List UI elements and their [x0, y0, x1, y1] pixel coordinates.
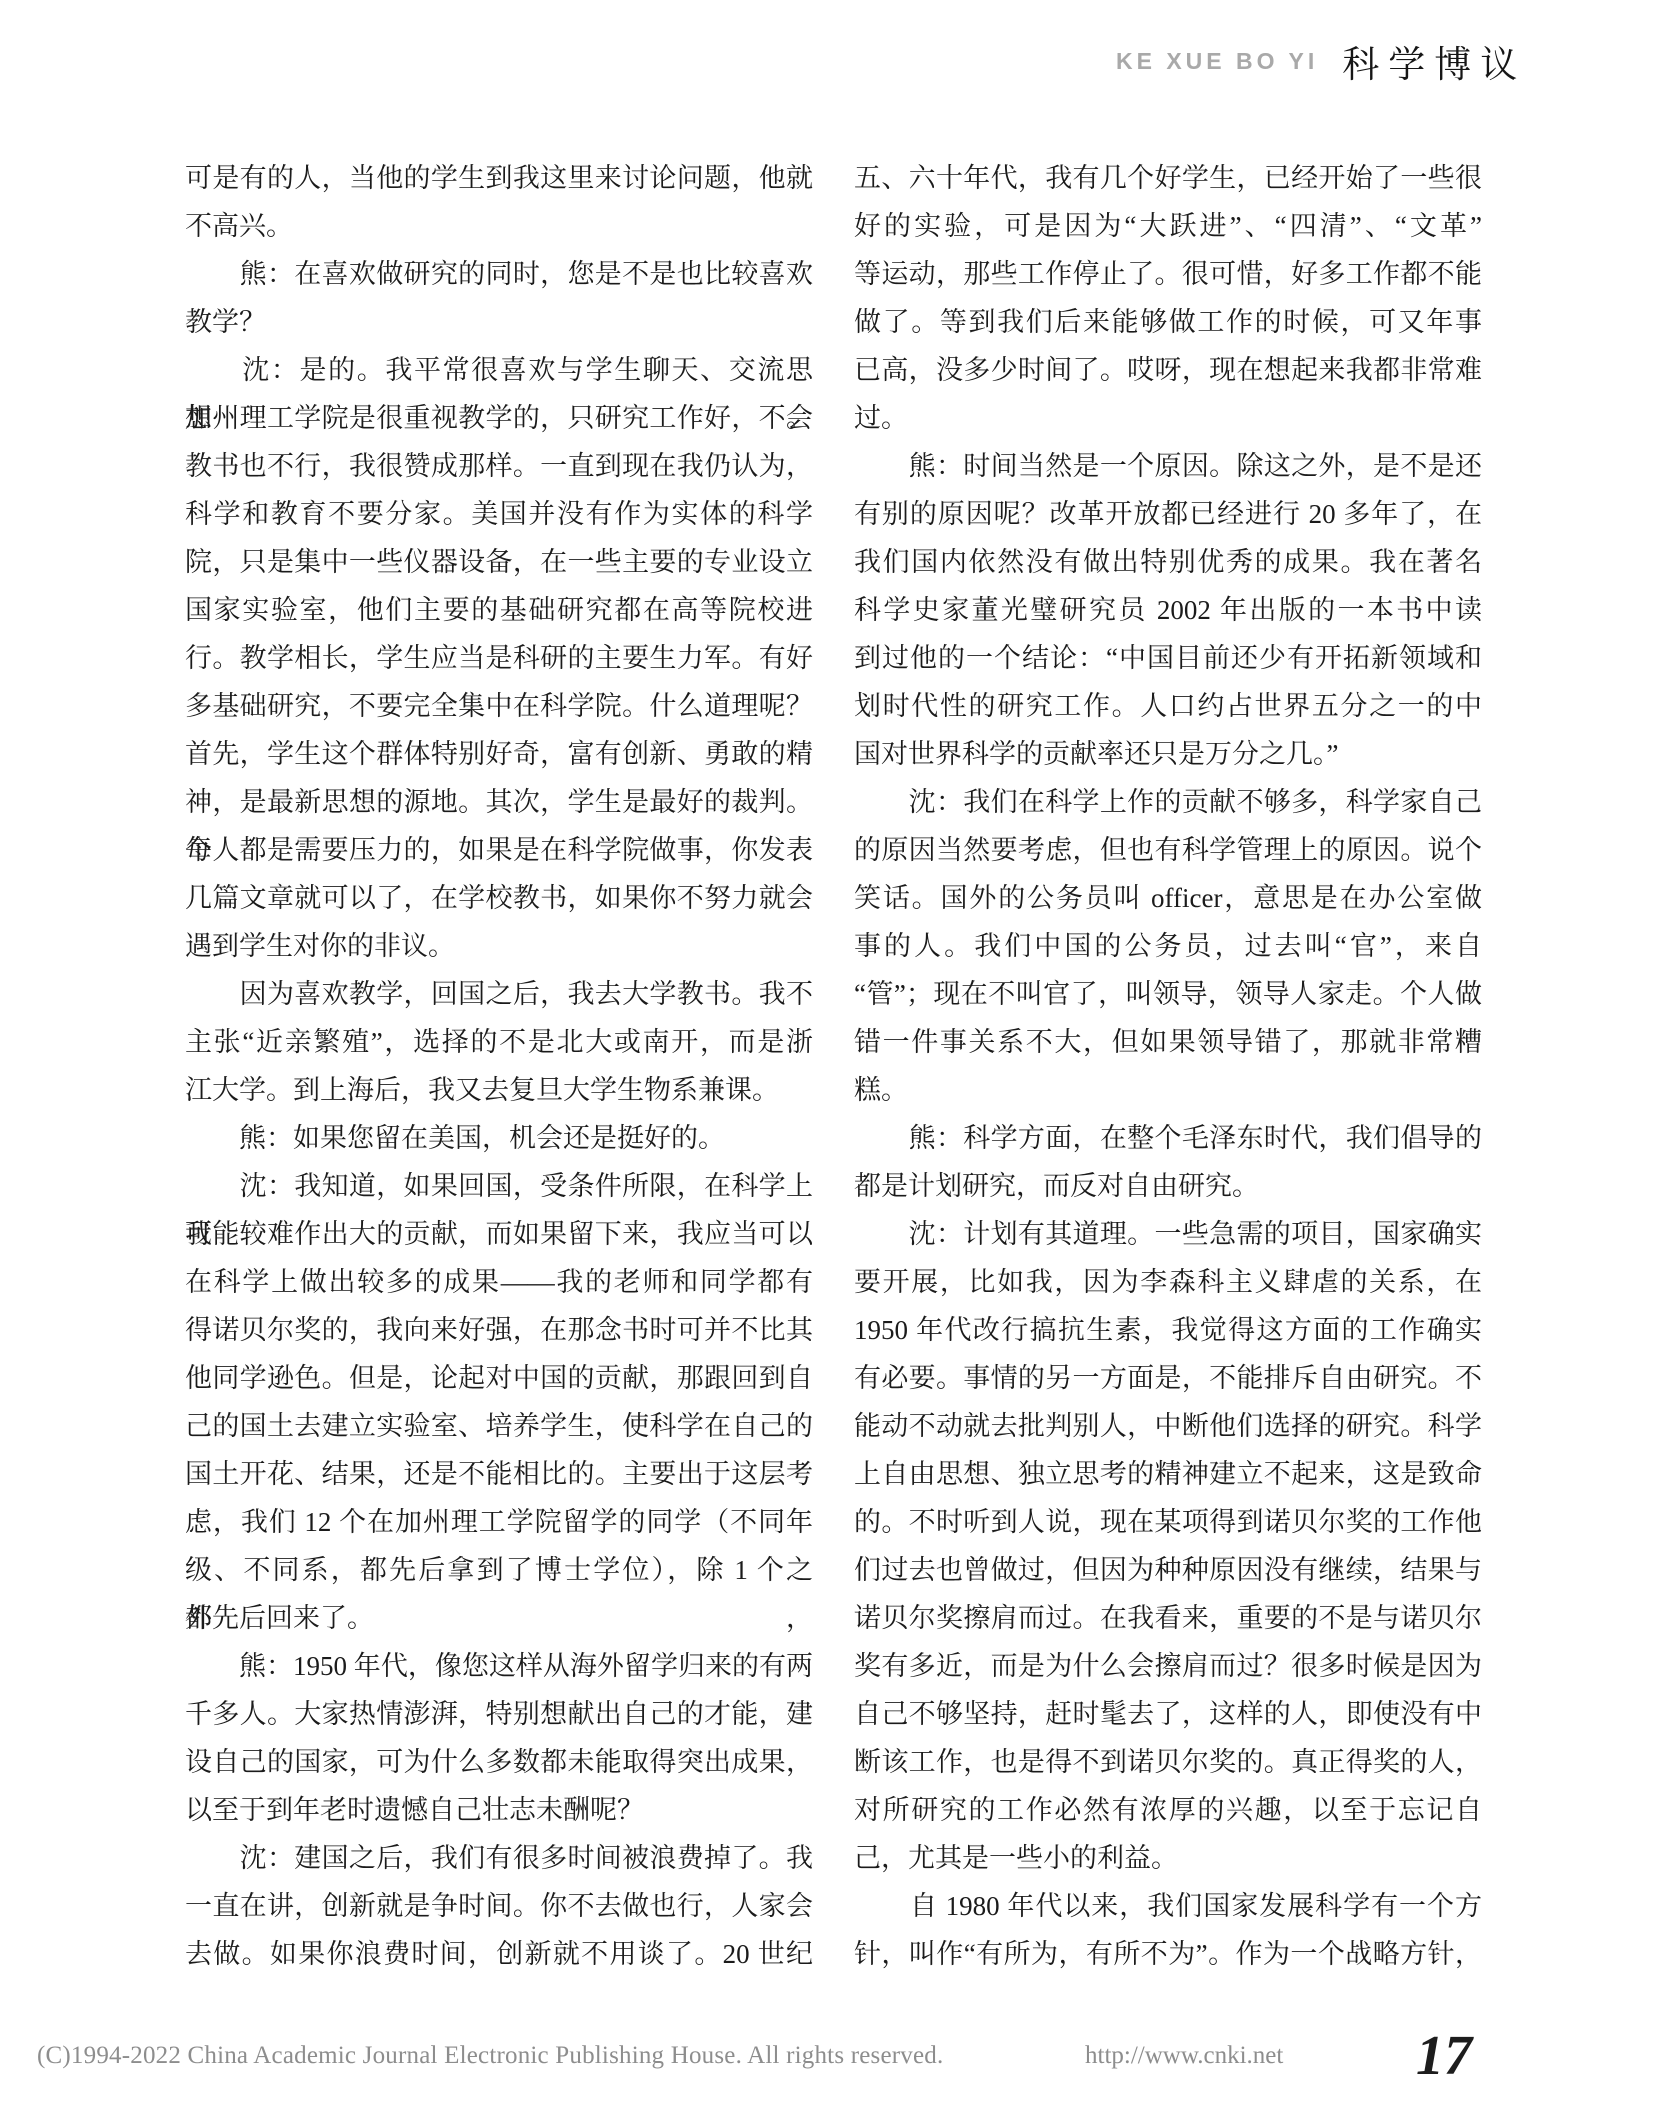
text-line: 多基础研究，不要完全集中在科学院。什么道理呢？ — [185, 682, 813, 730]
text-line: 江大学。到上海后，我又去复旦大学生物系兼课。 — [185, 1066, 813, 1114]
text-column-left: 可是有的人，当他的学生到我这里来讨论问题，他就不高兴。 熊：在喜欢做研究的同时，… — [185, 154, 813, 1978]
text-line: 熊：时间当然是一个原因。除这之外，是不是还 — [854, 442, 1482, 490]
text-line: 的。不时听到人说，现在某项得到诺贝尔奖的工作他 — [854, 1498, 1482, 1546]
text-line: 有必要。事情的另一方面是，不能排斥自由研究。不 — [854, 1354, 1482, 1402]
text-line: 沈：建国之后，我们有很多时间被浪费掉了。我 — [185, 1834, 813, 1882]
text-line: 针，叫作“有所为，有所不为”。作为一个战略方针， — [854, 1930, 1482, 1978]
text-line: 我们国内依然没有做出特别优秀的成果。我在著名 — [854, 538, 1482, 586]
text-line: 五、六十年代，我有几个好学生，已经开始了一些很 — [854, 154, 1482, 202]
text-line: 主张“近亲繁殖”，选择的不是北大或南开，而是浙 — [185, 1018, 813, 1066]
text-line: 他同学逊色。但是，论起对中国的贡献，那跟回到自 — [185, 1354, 813, 1402]
text-line: 神，是最新思想的源地。其次，学生是最好的裁判。每 — [185, 778, 813, 826]
text-line: 能动不动就去批判别人，中断他们选择的研究。科学 — [854, 1402, 1482, 1450]
text-line: 过。 — [854, 394, 1482, 442]
text-line: 因为喜欢教学，回国之后，我去大学教书。我不 — [185, 970, 813, 1018]
text-line: 熊：在喜欢做研究的同时，您是不是也比较喜欢 — [185, 250, 813, 298]
text-line: 可能较难作出大的贡献，而如果留下来，我应当可以 — [185, 1210, 813, 1258]
text-line: 以至于到年老时遗憾自己壮志未酬呢？ — [185, 1786, 813, 1834]
text-line: 做了。等到我们后来能够做工作的时候，可又年事 — [854, 298, 1482, 346]
journal-section-title: 科学博议 — [1342, 34, 1526, 88]
text-line: 断该工作，也是得不到诺贝尔奖的。真正得奖的人， — [854, 1738, 1482, 1786]
text-line: 个人都是需要压力的，如果是在科学院做事，你发表 — [185, 826, 813, 874]
text-line: 遇到学生对你的非议。 — [185, 922, 813, 970]
text-line: 沈：是的。我平常很喜欢与学生聊天、交流思想。 — [185, 346, 813, 394]
text-line: 一直在讲，创新就是争时间。你不去做也行，人家会 — [185, 1882, 813, 1930]
cnki-url: http://www.cnki.net — [1085, 2042, 1283, 2070]
copyright-notice: (C)1994-2022 China Academic Journal Elec… — [37, 2042, 943, 2070]
text-line: 国家实验室，他们主要的基础研究都在高等院校进 — [185, 586, 813, 634]
text-line: 去做。如果你浪费时间，创新就不用谈了。20 世纪 — [185, 1930, 813, 1978]
text-line: 沈：我们在科学上作的贡献不够多，科学家自己 — [854, 778, 1482, 826]
text-line: 已高，没多少时间了。哎呀，现在想起来我都非常难 — [854, 346, 1482, 394]
page-number: 17 — [1416, 2024, 1472, 2088]
text-line: 的原因当然要考虑，但也有科学管理上的原因。说个 — [854, 826, 1482, 874]
text-line: 教学？ — [185, 298, 813, 346]
text-line: 事的人。我们中国的公务员，过去叫“官”，来自 — [854, 922, 1482, 970]
text-line: 科学和教育不要分家。美国并没有作为实体的科学 — [185, 490, 813, 538]
text-line: 熊：1950 年代，像您这样从海外留学归来的有两 — [185, 1642, 813, 1690]
text-line: 到过他的一个结论：“中国目前还少有开拓新领域和 — [854, 634, 1482, 682]
text-line: 虑，我们 12 个在加州理工学院留学的同学（不同年 — [185, 1498, 813, 1546]
text-column-right: 五、六十年代，我有几个好学生，已经开始了一些很好的实验，可是因为“大跃进”、“四… — [854, 154, 1482, 1978]
text-line: 错一件事关系不大，但如果领导错了，那就非常糟 — [854, 1018, 1482, 1066]
text-line: 教书也不行，我很赞成那样。一直到现在我仍认为， — [185, 442, 813, 490]
text-line: 国土开花、结果，还是不能相比的。主要出于这层考 — [185, 1450, 813, 1498]
text-line: 科学史家董光璧研究员 2002 年出版的一本书中读 — [854, 586, 1482, 634]
text-line: 沈：我知道，如果回国，受条件所限，在科学上我 — [185, 1162, 813, 1210]
journal-page: KE XUE BO YI 科学博议 可是有的人，当他的学生到我这里来讨论问题，他… — [0, 0, 1654, 2126]
text-line: 加州理工学院是很重视教学的，只研究工作好，不会 — [185, 394, 813, 442]
text-line: 在科学上做出较多的成果——我的老师和同学都有 — [185, 1258, 813, 1306]
text-line: “管”；现在不叫官了，叫领导，领导人家走。个人做 — [854, 970, 1482, 1018]
text-line: 院，只是集中一些仪器设备，在一些主要的专业设立 — [185, 538, 813, 586]
text-line: 熊：科学方面，在整个毛泽东时代，我们倡导的 — [854, 1114, 1482, 1162]
text-line: 级、不同系，都先后拿到了博士学位），除 1 个之外， — [185, 1546, 813, 1594]
text-line: 上自由思想、独立思考的精神建立不起来，这是致命 — [854, 1450, 1482, 1498]
text-line: 自己不够坚持，赶时髦去了，这样的人，即使没有中 — [854, 1690, 1482, 1738]
text-line: 国对世界科学的贡献率还只是万分之几。” — [854, 730, 1482, 778]
text-line: 得诺贝尔奖的，我向来好强，在那念书时可并不比其 — [185, 1306, 813, 1354]
text-line: 好的实验，可是因为“大跃进”、“四清”、“文革” — [854, 202, 1482, 250]
text-line: 有别的原因呢？改革开放都已经进行 20 多年了，在 — [854, 490, 1482, 538]
text-line: 己，尤其是一些小的利益。 — [854, 1834, 1482, 1882]
text-line: 1950 年代改行搞抗生素，我觉得这方面的工作确实 — [854, 1306, 1482, 1354]
journal-pinyin-label: KE XUE BO YI — [1116, 48, 1318, 75]
text-line: 熊：如果您留在美国，机会还是挺好的。 — [185, 1114, 813, 1162]
text-line: 要开展，比如我，因为李森科主义肆虐的关系，在 — [854, 1258, 1482, 1306]
text-line: 千多人。大家热情澎湃，特别想献出自己的才能，建 — [185, 1690, 813, 1738]
text-line: 们过去也曾做过，但因为种种原因没有继续，结果与 — [854, 1546, 1482, 1594]
text-line: 对所研究的工作必然有浓厚的兴趣，以至于忘记自 — [854, 1786, 1482, 1834]
text-line: 可是有的人，当他的学生到我这里来讨论问题，他就 — [185, 154, 813, 202]
text-line: 己的国土去建立实验室、培养学生，使科学在自己的 — [185, 1402, 813, 1450]
text-line: 首先，学生这个群体特别好奇，富有创新、勇敢的精 — [185, 730, 813, 778]
text-line: 几篇文章就可以了，在学校教书，如果你不努力就会 — [185, 874, 813, 922]
text-line: 自 1980 年代以来，我们国家发展科学有一个方 — [854, 1882, 1482, 1930]
text-line: 设自己的国家，可为什么多数都未能取得突出成果， — [185, 1738, 813, 1786]
text-line: 笑话。国外的公务员叫 officer，意思是在办公室做 — [854, 874, 1482, 922]
page-header: KE XUE BO YI 科学博议 — [1116, 34, 1526, 88]
text-line: 行。教学相长，学生应当是科研的主要生力军。有好 — [185, 634, 813, 682]
text-line: 诺贝尔奖擦肩而过。在我看来，重要的不是与诺贝尔 — [854, 1594, 1482, 1642]
text-line: 不高兴。 — [185, 202, 813, 250]
text-line: 等运动，那些工作停止了。很可惜，好多工作都不能 — [854, 250, 1482, 298]
text-line: 划时代性的研究工作。人口约占世界五分之一的中 — [854, 682, 1482, 730]
text-line: 沈：计划有其道理。一些急需的项目，国家确实 — [854, 1210, 1482, 1258]
text-line: 都是计划研究，而反对自由研究。 — [854, 1162, 1482, 1210]
text-line: 糕。 — [854, 1066, 1482, 1114]
text-line: 奖有多近，而是为什么会擦肩而过？很多时候是因为 — [854, 1642, 1482, 1690]
